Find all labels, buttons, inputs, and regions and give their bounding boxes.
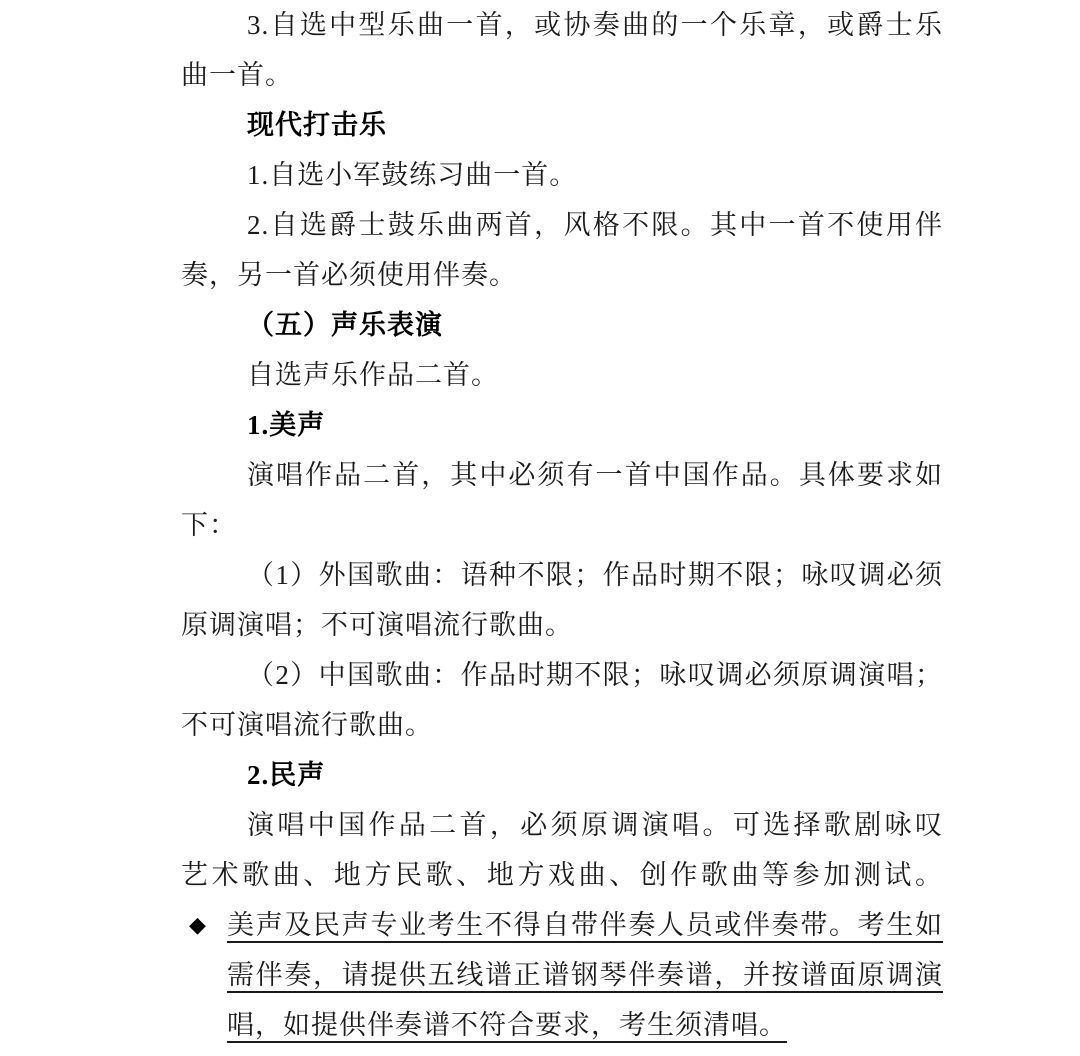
text-line-content: 不可演唱流行歌曲。 [181, 710, 433, 740]
text-line-content: （2）中国歌曲：作品时期不限；咏叹调必须原调演唱； [247, 660, 943, 690]
heading-modern-percussion: 现代打击乐 [181, 100, 943, 150]
bullet-note-line: 唱，如提供伴奏谱不符合要求，考生须清唱。 [181, 1000, 943, 1050]
underlined-note-text: 需伴奏，请提供五线谱正谱钢琴伴奏谱，并按谱面原调演 [227, 960, 943, 990]
text-block: 3.自选中型乐曲一首，或协奏曲的一个乐章，或爵士乐 曲一首。 现代打击乐 1.自… [181, 0, 943, 1050]
text-line: 自选声乐作品二首。 [181, 350, 943, 400]
heading-folk-voice: 2.民声 [181, 750, 943, 800]
text-line: 演唱中国作品二首，必须原调演唱。可选择歌剧咏叹调、 [181, 800, 943, 850]
diamond-bullet-icon: ◆ [189, 900, 207, 950]
text-line: （2）中国歌曲：作品时期不限；咏叹调必须原调演唱； [181, 650, 943, 700]
heading-text: （五）声乐表演 [247, 310, 443, 340]
text-line: 奏，另一首必须使用伴奏。 [181, 250, 943, 300]
underlined-note-text: 唱，如提供伴奏谱不符合要求，考生须清唱。 [227, 1010, 787, 1040]
text-line: 2.自选爵士鼓乐曲两首，风格不限。其中一首不使用伴 [181, 200, 943, 250]
text-line: 艺术歌曲、地方民歌、地方戏曲、创作歌曲等参加测试。 [181, 850, 943, 900]
text-line-content: 演唱中国作品二首，必须原调演唱。可选择歌剧咏叹调、 [181, 810, 943, 850]
text-line-content: 1.自选小军鼓练习曲一首。 [247, 160, 577, 190]
text-line-content: 下： [181, 510, 237, 540]
text-line: 原调演唱；不可演唱流行歌曲。 [181, 600, 943, 650]
heading-bel-canto: 1.美声 [181, 400, 943, 450]
text-line-content: 自选声乐作品二首。 [247, 360, 499, 390]
text-line: 3.自选中型乐曲一首，或协奏曲的一个乐章，或爵士乐 [181, 0, 943, 50]
text-line-content: 曲一首。 [181, 60, 293, 90]
text-line: 不可演唱流行歌曲。 [181, 700, 943, 750]
text-line-content: 原调演唱；不可演唱流行歌曲。 [181, 610, 573, 640]
text-line-content: 奏，另一首必须使用伴奏。 [181, 260, 517, 290]
underlined-note-text: 美声及民声专业考生不得自带伴奏人员或伴奏带。考生如 [227, 910, 943, 940]
heading-text: 2.民声 [247, 760, 325, 790]
heading-text: 现代打击乐 [247, 110, 387, 140]
bullet-note-line: ◆美声及民声专业考生不得自带伴奏人员或伴奏带。考生如 [181, 900, 943, 950]
heading-text: 1.美声 [247, 410, 325, 440]
text-line: （1）外国歌曲：语种不限；作品时期不限；咏叹调必须 [181, 550, 943, 600]
text-line: 下： [181, 500, 943, 550]
text-line-content: 2.自选爵士鼓乐曲两首，风格不限。其中一首不使用伴 [247, 210, 943, 240]
text-line-content: 艺术歌曲、地方民歌、地方戏曲、创作歌曲等参加测试。 [181, 860, 943, 890]
text-line-content: 演唱作品二首，其中必须有一首中国作品。具体要求如 [247, 460, 943, 490]
text-line: 演唱作品二首，其中必须有一首中国作品。具体要求如 [181, 450, 943, 500]
text-line: 曲一首。 [181, 50, 943, 100]
bullet-note-line: 需伴奏，请提供五线谱正谱钢琴伴奏谱，并按谱面原调演 [181, 950, 943, 1000]
document-page: 3.自选中型乐曲一首，或协奏曲的一个乐章，或爵士乐 曲一首。 现代打击乐 1.自… [0, 0, 1080, 1056]
text-line-content: （1）外国歌曲：语种不限；作品时期不限；咏叹调必须 [247, 560, 943, 590]
text-line: 1.自选小军鼓练习曲一首。 [181, 150, 943, 200]
heading-vocal-performance: （五）声乐表演 [181, 300, 943, 350]
text-line-content: 3.自选中型乐曲一首，或协奏曲的一个乐章，或爵士乐 [247, 10, 943, 40]
